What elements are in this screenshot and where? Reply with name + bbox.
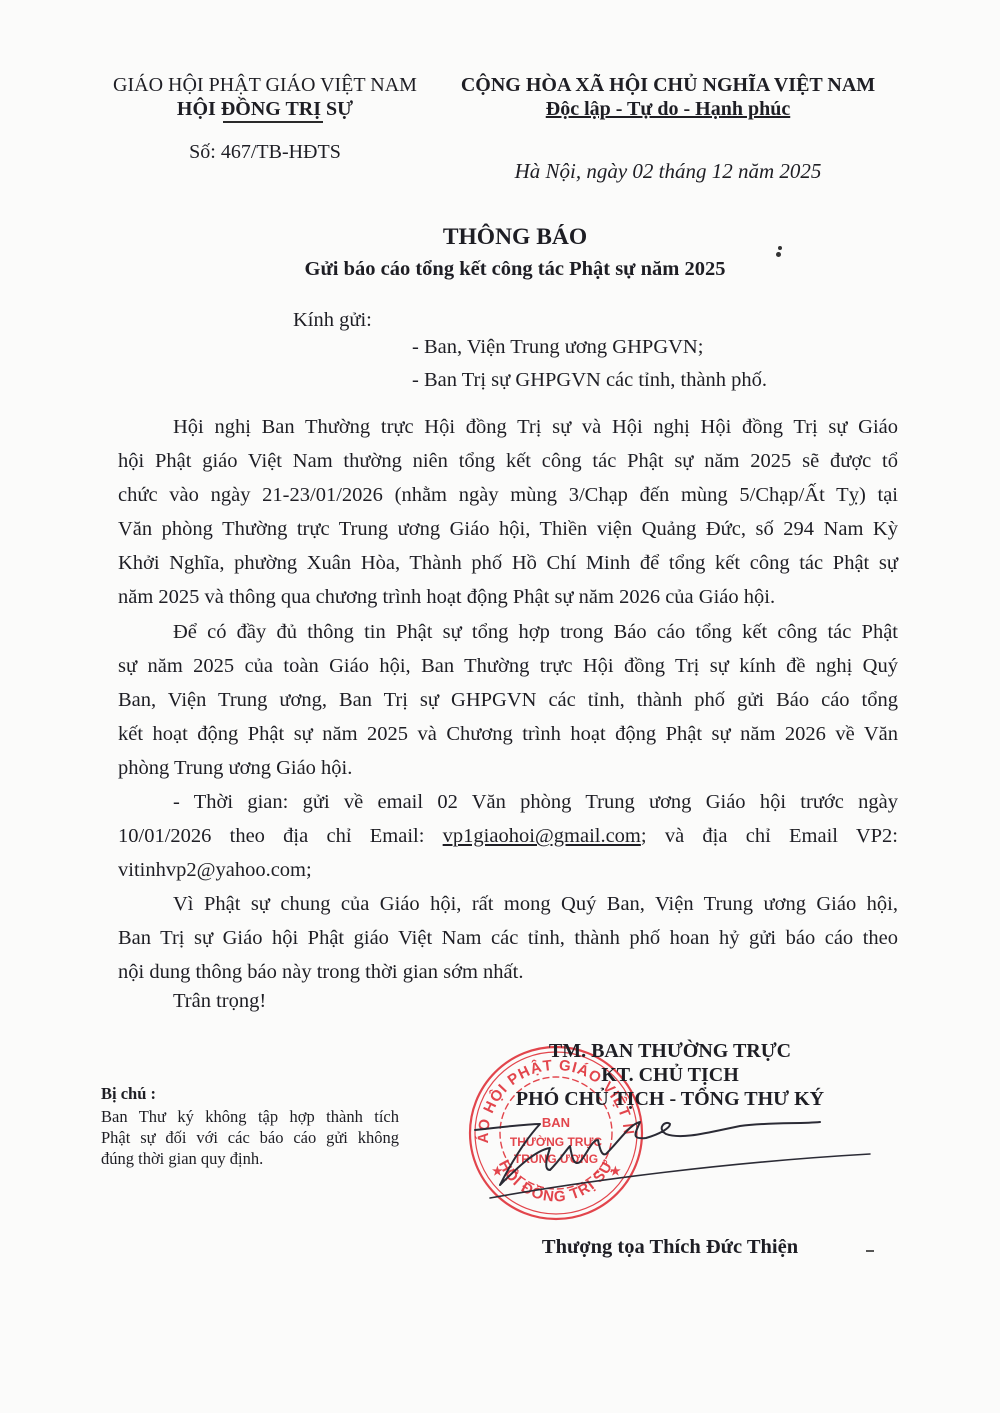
paragraph-1: Hội nghị Ban Thường trực Hội đồng Trị sự…: [118, 410, 898, 614]
nation-name: CỘNG HÒA XÃ HỘI CHỦ NGHĨA VIỆT NAM: [446, 74, 890, 97]
document-number: Số: 467/TB-HĐTS: [100, 141, 430, 164]
paragraph-line: sự năm 2025 của toàn Giáo hội, Ban Thườn…: [118, 649, 898, 683]
council-name-text: HỘI ĐỒNG TRỊ SỰ: [177, 98, 353, 120]
org-name: GIÁO HỘI PHẬT GIÁO VIỆT NAM: [100, 74, 430, 97]
recipient-item: - Ban Trị sự GHPGVN các tỉnh, thành phố.: [412, 369, 767, 392]
place-date: Hà Nội, ngày 02 tháng 12 năm 2025: [446, 159, 890, 184]
council-name: HỘI ĐỒNG TRỊ SỰ: [100, 98, 430, 121]
recipients-label: Kính gửi:: [293, 309, 372, 332]
national-motto: Độc lập - Tự do - Hạnh phúc: [446, 98, 890, 121]
handwritten-signature: [470, 1110, 890, 1200]
paragraph-line: Ban Trị sự Giáo hội Phật giáo Việt Nam c…: [118, 921, 898, 955]
paragraph-line: Văn phòng Thường trực Trung ương Giáo hộ…: [118, 512, 898, 546]
paragraph-3: - Thời gian: gửi về email 02 Văn phòng T…: [118, 785, 898, 887]
document-title: THÔNG BÁO: [250, 224, 780, 251]
scan-speck: [776, 252, 781, 257]
paragraph-line: 10/01/2026 theo địa chỉ Email: vp1giaoho…: [118, 819, 898, 853]
recipient-item: - Ban, Viện Trung ương GHPGVN;: [412, 336, 703, 359]
email-prefix-text: 10/01/2026 theo địa chỉ Email:: [118, 825, 443, 847]
document-subtitle: Gửi báo cáo tổng kết công tác Phật sự nă…: [250, 258, 780, 281]
email-vp2: vitinhvp2@yahoo.com;: [118, 853, 898, 887]
paragraph-line: Hội nghị Ban Thường trực Hội đồng Trị sự…: [118, 410, 898, 444]
closing-greeting: Trân trọng!: [173, 990, 266, 1013]
paragraph-line: hội Phật giáo Việt Nam thường niên tổng …: [118, 444, 898, 478]
signer-name: Thượng tọa Thích Đức Thiện: [470, 1236, 870, 1259]
email-suffix-text: ; và địa chỉ Email VP2:: [641, 825, 898, 847]
paragraph-line: - Thời gian: gửi về email 02 Văn phòng T…: [118, 785, 898, 819]
paragraph-line: Ban, Viện Trung ương, Ban Trị sự GHPGVN …: [118, 683, 898, 717]
note-line: Ban Thư ký không tập hợp thành tích: [101, 1106, 399, 1127]
signature-title-2: KT. CHỦ TỊCH: [460, 1064, 880, 1087]
note-line: đúng thời gian quy định.: [101, 1148, 263, 1169]
scan-speck: [778, 246, 782, 250]
note-label: Bị chú :: [101, 1083, 156, 1104]
email-link-vp1[interactable]: vp1giaohoi@gmail.com: [443, 825, 641, 847]
paragraph-line: chức vào ngày 21-23/01/2026 (nhằm ngày m…: [118, 478, 898, 512]
paragraph-line: phòng Trung ương Giáo hội.: [118, 751, 898, 785]
paragraph-line: Vì Phật sự chung của Giáo hội, rất mong …: [118, 887, 898, 921]
signature-title-1: TM. BAN THƯỜNG TRỰC: [460, 1040, 880, 1063]
paragraph-line: nội dung thông báo này trong thời gian s…: [118, 955, 898, 989]
paragraph-4: Vì Phật sự chung của Giáo hội, rất mong …: [118, 887, 898, 989]
paragraph-line: Để có đầy đủ thông tin Phật sự tổng hợp …: [118, 615, 898, 649]
paragraph-line: Khởi Nghĩa, phường Xuân Hòa, Thành phố H…: [118, 546, 898, 580]
paragraph-2: Để có đầy đủ thông tin Phật sự tổng hợp …: [118, 615, 898, 785]
header-left-underline: [223, 121, 323, 123]
note-line: Phật sự đối với các báo cáo gửi không: [101, 1127, 399, 1148]
signature-title-3: PHÓ CHỦ TỊCH - TỔNG THƯ KÝ: [460, 1088, 880, 1111]
paragraph-line: kết hoạt động Phật sự năm 2025 và Chương…: [118, 717, 898, 751]
scan-mark: [866, 1250, 874, 1252]
paragraph-line: năm 2025 và thông qua chương trình hoạt …: [118, 580, 898, 614]
